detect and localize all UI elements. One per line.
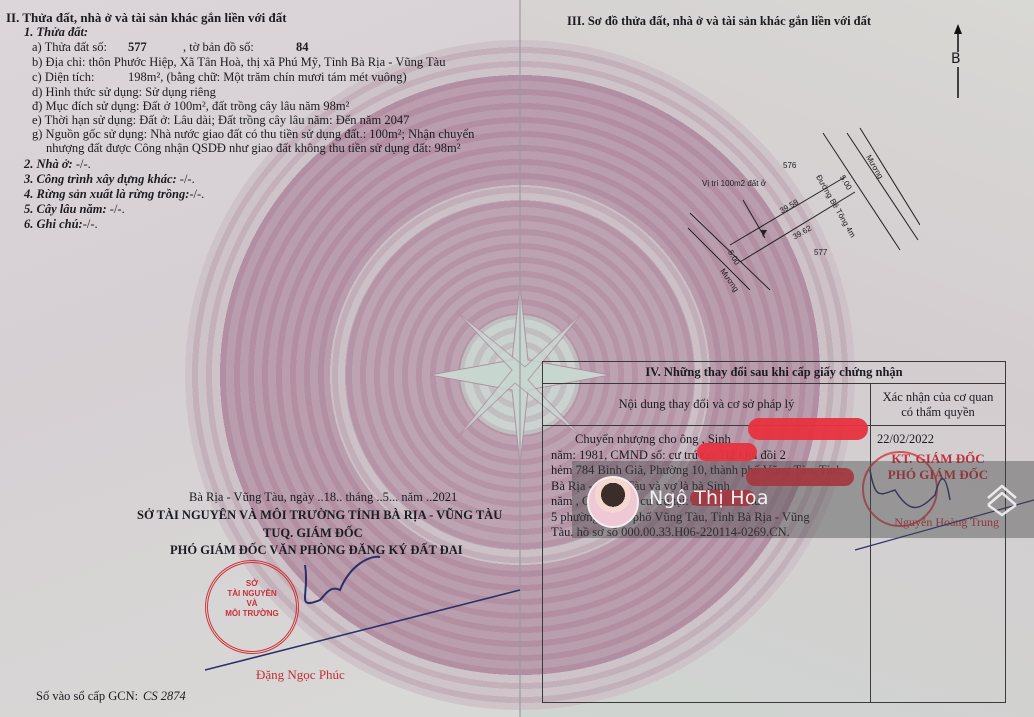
signature-left <box>200 555 530 675</box>
col-approval-header: Xác nhận của cơ quancó thẩm quyền <box>871 384 1006 426</box>
registry-number: CS 2874 <box>143 689 186 704</box>
location-note: Vị trí 100m2 đất ở <box>702 176 766 191</box>
redaction-buyer-id <box>697 443 757 461</box>
section-iii-title: III. Sơ đồ thửa đất, nhà ở và tài sản kh… <box>567 14 871 29</box>
area-label: c) Diện tích: <box>32 70 94 85</box>
use-form: d) Hình thức sử dụng: Sử dụng riêng <box>32 85 216 100</box>
area-value: 198m², (bằng chữ: Một trăm chín mươi tám… <box>128 70 407 85</box>
changes-table-title: IV. Những thay đổi sau khi cấp giấy chứn… <box>543 362 1006 384</box>
section-ii-title: II. Thửa đất, nhà ở và tài sản khác gắn … <box>6 10 287 25</box>
use-term: e) Thời hạn sử dụng: Đất ở: Lâu dài; Đất… <box>32 113 409 128</box>
user-avatar[interactable] <box>587 476 639 528</box>
approval-date: 22/02/2022 <box>877 432 999 447</box>
stacked-chevrons-logo-icon <box>984 482 1020 518</box>
parcel-number: 577 <box>128 40 147 55</box>
item-other-construction: 3. Công trình xây dựng khác: -/-. <box>24 172 195 187</box>
user-overlay-bar <box>572 461 1034 538</box>
parcel-number-label: a) Thửa đất số: <box>32 40 107 55</box>
parcel-576-label: 576 <box>783 158 796 173</box>
tuq-title: TUQ. GIÁM ĐỐC <box>263 526 363 541</box>
user-name[interactable]: Ngô Thị Hoa <box>649 487 769 509</box>
registry-label: Số vào sổ cấp GCN: <box>36 689 138 704</box>
use-purpose: đ) Mục đích sử dụng: Đất ở 100m², đất tr… <box>32 99 349 114</box>
item-perennial: 5. Cây lâu năm: -/-. <box>24 202 125 217</box>
north-label: B <box>951 52 961 67</box>
parcel-577-label: 577 <box>814 245 827 260</box>
address: b) Địa chỉ: thôn Phước Hiệp, Xã Tân Hoà,… <box>32 55 445 70</box>
item-forest: 4. Rừng sản xuất là rừng trồng:-/-. <box>24 187 204 202</box>
item-house: 2. Nhà ở: -/-. <box>24 157 91 172</box>
map-sheet-label: , tờ bản đồ số: <box>183 40 254 55</box>
redaction-buyer-name <box>748 418 868 440</box>
place-date: Bà Rịa - Vũng Tàu, ngày ..18.. tháng ..5… <box>189 490 457 505</box>
parcel-subtitle: 1. Thửa đất: <box>24 25 88 40</box>
use-origin-line1: g) Nguồn gốc sử dụng: Nhà nước giao đất … <box>32 127 474 142</box>
issuing-agency: SỞ TÀI NGUYÊN VÀ MÔI TRƯỜNG TỈNH BÀ RỊA … <box>137 508 502 523</box>
item-notes: 6. Ghi chú:-/-. <box>24 217 98 232</box>
signer-name: Đặng Ngọc Phúc <box>256 667 345 682</box>
use-origin-line2: nhượng đất được Công nhận QSDĐ như giao … <box>46 141 461 156</box>
map-sheet-number: 84 <box>296 40 309 55</box>
